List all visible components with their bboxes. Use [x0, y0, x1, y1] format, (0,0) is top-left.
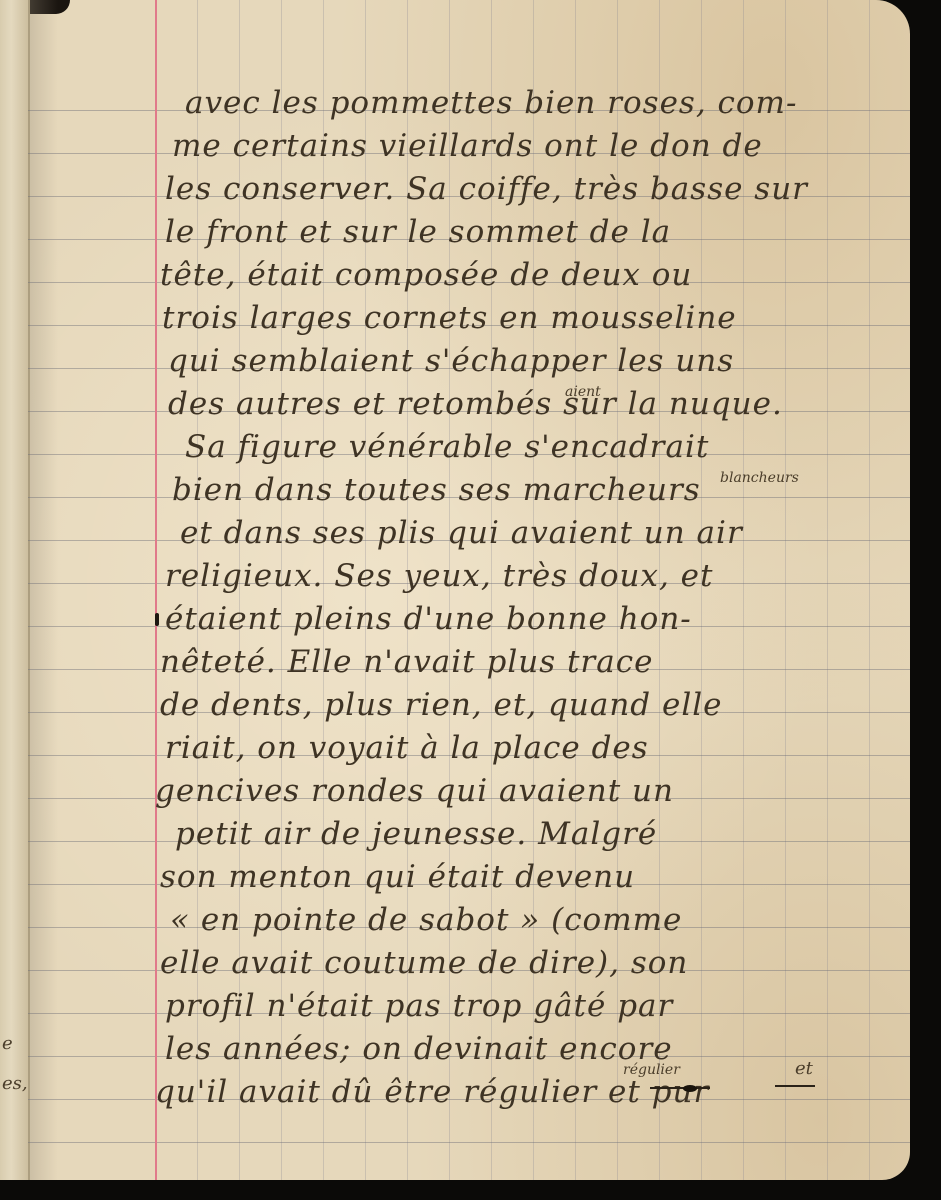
margin-fragment: es, — [2, 1073, 28, 1094]
text-line: Sa figure vénérable s'encadrait — [185, 432, 709, 463]
text-line: petit air de jeunesse. Malgré — [175, 819, 657, 850]
margin-ink-mark — [155, 613, 159, 626]
text-line: religieux. Ses yeux, très doux, et — [165, 561, 713, 592]
text-line: trois larges cornets en mousseline — [162, 303, 737, 334]
margin-fragment: e — [2, 1033, 13, 1054]
text-line: tête, était composée de deux ou — [160, 260, 692, 291]
gutter-shade — [28, 0, 58, 1180]
scan-background — [0, 1180, 941, 1200]
text-line: me certains vieillards ont le don de — [172, 131, 763, 162]
text-line: et dans ses plis qui avaient un air — [180, 518, 743, 549]
text-line: « en pointe de sabot » (comme — [170, 905, 682, 936]
text-line: avec les pommettes bien roses, com- — [185, 88, 797, 119]
text-line: son menton qui était devenu — [160, 862, 635, 893]
text-line: les années; on devinait encore — [165, 1034, 673, 1065]
text-line: les conserver. Sa coiffe, très basse sur — [165, 174, 808, 205]
text-line: de dents, plus rien, et, quand elle — [160, 690, 723, 721]
notebook-page: avec les pommettes bien roses, com- me c… — [0, 0, 910, 1180]
text-line: des autres et retombés sur la nuque. — [168, 389, 783, 420]
text-line: le front et sur le sommet de la — [165, 217, 671, 248]
text-line: gencives rondes qui avaient un — [155, 776, 674, 807]
ink-blot — [683, 1085, 697, 1092]
text-line: étaient pleins d'une bonne hon- — [165, 604, 692, 635]
insertion-note: blancheurs — [720, 470, 799, 486]
binding-gutter — [0, 0, 30, 1180]
text-line: profil n'était pas trop gâté par — [165, 991, 673, 1022]
strikethrough — [650, 1087, 710, 1089]
grid-vline — [869, 0, 870, 1180]
insertion-note: et — [795, 1058, 813, 1079]
text-line: bien dans toutes ses marcheurs — [172, 475, 701, 506]
strikethrough — [775, 1085, 815, 1087]
text-line: qu'il avait dû être régulier et pur — [155, 1077, 709, 1108]
grid-hline — [28, 1142, 910, 1143]
insertion-note: régulier — [623, 1062, 680, 1078]
grid-vline — [827, 0, 828, 1180]
text-line: riait, on voyait à la place des — [165, 733, 649, 764]
text-line: elle avait coutume de dire), son — [160, 948, 688, 979]
text-line: nêteté. Elle n'avait plus trace — [160, 647, 653, 678]
insertion-note: aient — [565, 384, 601, 400]
red-margin-line — [155, 0, 157, 1180]
text-line: qui semblaient s'échapper les uns — [168, 346, 734, 377]
